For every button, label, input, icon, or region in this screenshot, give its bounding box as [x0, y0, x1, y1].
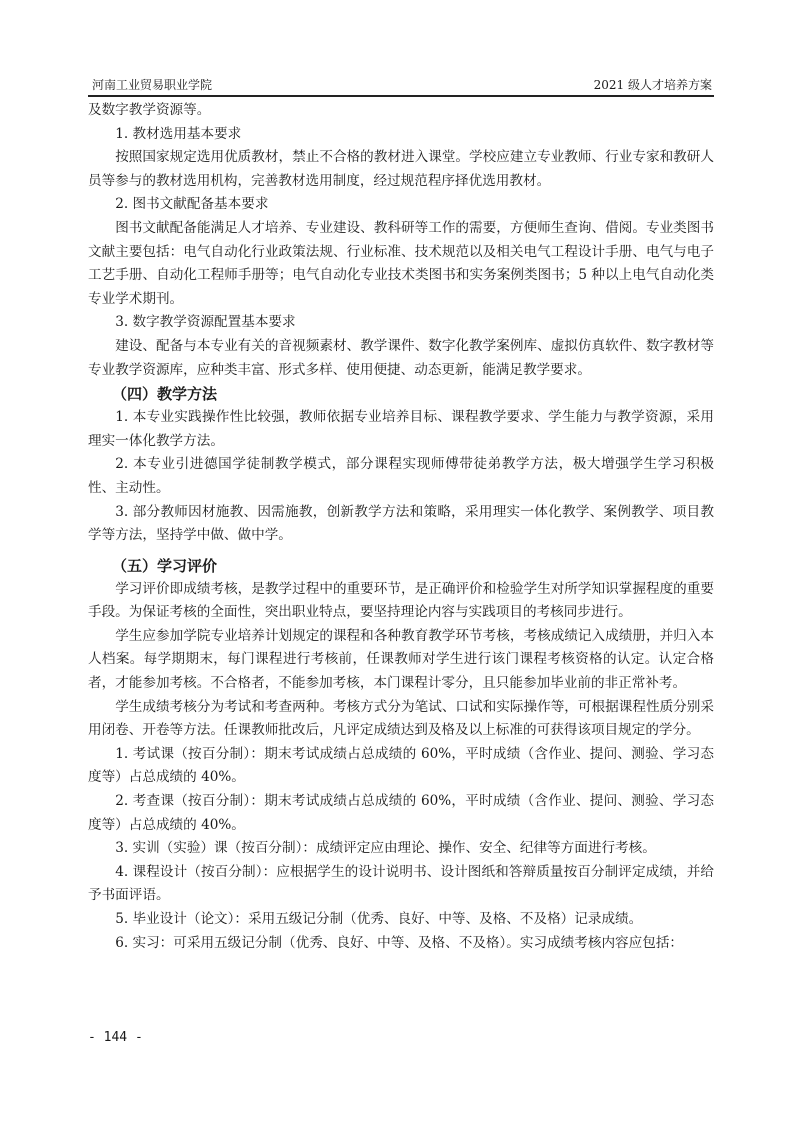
section-heading: （四）教学方法: [88, 382, 714, 406]
paragraph: 学生应参加学院专业培养计划规定的课程和各种教育教学环节考核，考核成绩记入成绩册，…: [88, 625, 714, 696]
paragraph: 学生成绩考核分为考试和考查两种。考核方式分为笔试、口试和实际操作等，可根据课程性…: [88, 696, 714, 743]
paragraph: 2. 本专业引进德国学徒制教学模式，部分课程实现师傅带徒弟教学方法，极大增强学生…: [88, 453, 714, 500]
paragraph: 图书文献配备能满足人才培养、专业建设、教科研等工作的需要，方便师生查询、借阅。专…: [88, 217, 714, 311]
paragraph: 3. 实训（实验）课（按百分制）：成绩评定应由理论、操作、安全、纪律等方面进行考…: [88, 837, 714, 861]
paragraph: 1. 考试课（按百分制）：期末考试成绩占总成绩的 60%，平时成绩（含作业、提问…: [88, 743, 714, 790]
paragraph: 6. 实习：可采用五级记分制（优秀、良好、中等、及格、不及格）。实习成绩考核内容…: [88, 932, 714, 956]
paragraph: 1. 本专业实践操作性比较强，教师依据专业培养目标、课程教学要求、学生能力与教学…: [88, 406, 714, 453]
paragraph: 3. 部分教师因材施教、因需施教，创新教学方法和策略，采用理实一体化教学、案例教…: [88, 501, 714, 548]
paragraph: 5. 毕业设计（论文）：采用五级记分制（优秀、良好、中等、及格、不及格）记录成绩…: [88, 908, 714, 932]
page-header: 河南工业贸易职业学院 2021 级人才培养方案: [88, 75, 714, 97]
header-institution: 河南工业贸易职业学院: [92, 76, 212, 93]
header-document-title: 2021 级人才培养方案: [594, 76, 712, 93]
page-number: - 144 -: [88, 1030, 143, 1045]
paragraph: 4. 课程设计（按百分制）：应根据学生的设计说明书、设计图纸和答辩质量按百分制评…: [88, 861, 714, 908]
paragraph: 2. 考查课（按百分制）：期末考试成绩占总成绩的 60%，平时成绩（含作业、提问…: [88, 790, 714, 837]
paragraph: 按照国家规定选用优质教材，禁止不合格的教材进入课堂。学校应建立专业教师、行业专家…: [88, 146, 714, 193]
paragraph: 及数字教学资源等。: [88, 99, 714, 123]
page-body: 及数字教学资源等。1. 教材选用基本要求按照国家规定选用优质教材，禁止不合格的教…: [88, 99, 714, 955]
paragraph: 建设、配备与本专业有关的音视频素材、教学课件、数字化教学案例库、虚拟仿真软件、数…: [88, 335, 714, 382]
paragraph: 1. 教材选用基本要求: [88, 123, 714, 147]
paragraph: 3. 数字教学资源配置基本要求: [88, 311, 714, 335]
paragraph: 2. 图书文献配备基本要求: [88, 193, 714, 217]
section-heading: （五）学习评价: [88, 554, 714, 578]
paragraph: 学习评价即成绩考核，是教学过程中的重要环节，是正确评价和检验学生对所学知识掌握程…: [88, 578, 714, 625]
